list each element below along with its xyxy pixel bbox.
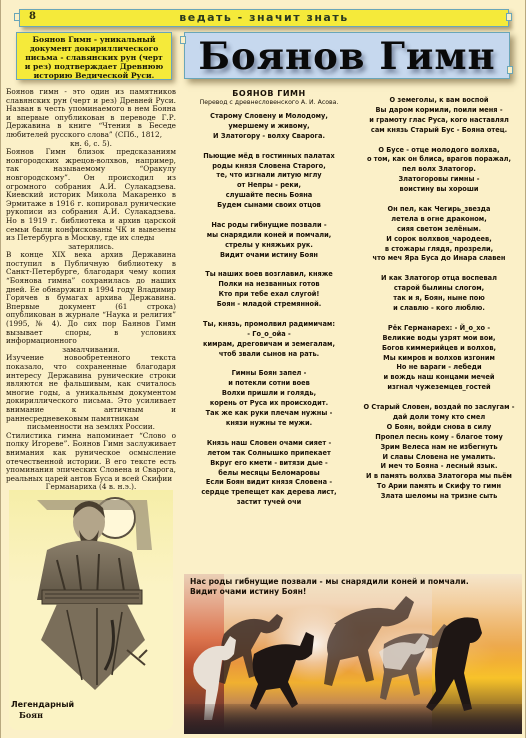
poem-stanza: Князь наш Словен очами сияет -летом так … [183,439,355,508]
boyan-portrait-image [27,490,157,700]
horses-banner-image: Нас роды гибнущие позвали - мы снарядили… [184,574,522,734]
poem-stanza: О Бусе - отце молодого волхва,о том, как… [353,146,525,196]
header-ribbon: 8 ВЕДАТЬ - ЗНАЧИТ ЗНАТЬ [19,9,509,27]
intro-box: Боянов Гимн - уникальный документ докири… [16,32,172,80]
article-paragraph-3: В конце XIX века архив Державина поступи… [6,251,176,346]
banner-caption: Нас роды гибнущие позвали - мы снарядили… [190,577,516,597]
article-column: Боянов гимн - это один из памятников сла… [6,88,176,484]
magazine-page: 8 ВЕДАТЬ - ЗНАЧИТ ЗНАТЬ Боянов Гимн - ун… [0,0,526,738]
poem-stanza: Он пел, как Чегирь_звездалетела в огне д… [353,205,525,264]
poem-column-1: Старому Словену и Молодому,умершему и жи… [183,112,355,518]
poem-subheading: Перевод с древнесловенского А. И. Асова. [184,99,354,106]
ground [184,704,522,734]
banner-caption-line-1: Нас роды гибнущие позвали - мы снарядили… [190,577,516,587]
poem-heading: БОЯНОВ ГИМН [184,89,354,98]
poem-stanza: Ты, князь, промолвил радимичам:- Го_о_ой… [183,320,355,360]
page-title: Боянов Гимн [185,35,509,77]
caption-line-1: Легендарный [11,700,74,709]
article-paragraph-5: Стилистика гимна напоминает “Слово о пол… [6,432,176,484]
poem-column-2: О земеголы, к вам воспойВы даром кормили… [353,96,525,512]
ribbon-notch-right [506,13,512,21]
poem-stanza: Старому Словену и Молодому,умершему и жи… [183,112,355,142]
portrait-caption: Легендарный Боян [11,700,74,720]
title-notch-right [507,66,513,74]
article-paragraph-4: Изучение новообретенного текста показало… [6,354,176,423]
poem-stanza: Ты наших воев возглавил, княжеПолки на н… [183,270,355,310]
poem-stanza: О Старый Словен, воздай по заслугам -дай… [353,403,525,502]
poem-stanza: И как Златогор отца воспевалстарой былин… [353,274,525,314]
portrait-card [9,490,173,730]
title-notch-left [180,36,186,44]
banner-caption-line-2: Видит очами истину Боян! [190,587,516,597]
article-paragraph-2: Боянов Гимн близок предсказаниям новгоро… [6,148,176,243]
section-title: ВЕДАТЬ - ЗНАЧИТ ЗНАТЬ [20,11,508,24]
poem-stanza: Рёк Германарех: - Й_о_хо -Великие воды у… [353,324,525,393]
caption-line-2: Боян [11,710,74,720]
poem-stanza: Гимны Боян запел -и потекли сотни воевВо… [183,369,355,428]
article-paragraph-1: Боянов гимн - это один из памятников сла… [6,88,176,140]
poem-stanza: О земеголы, к вам воспойВы даром кормили… [353,96,525,136]
title-box: Боянов Гимн [184,32,510,79]
intro-text: Боянов Гимн - уникальный документ докири… [25,35,163,80]
ribbon-notch-left [14,13,20,21]
poem-stanza: Пьющие мёд в гостинных палатахроды князя… [183,152,355,211]
poem-stanza: Нас роды гибнущие позвали -мы снарядили … [183,221,355,261]
